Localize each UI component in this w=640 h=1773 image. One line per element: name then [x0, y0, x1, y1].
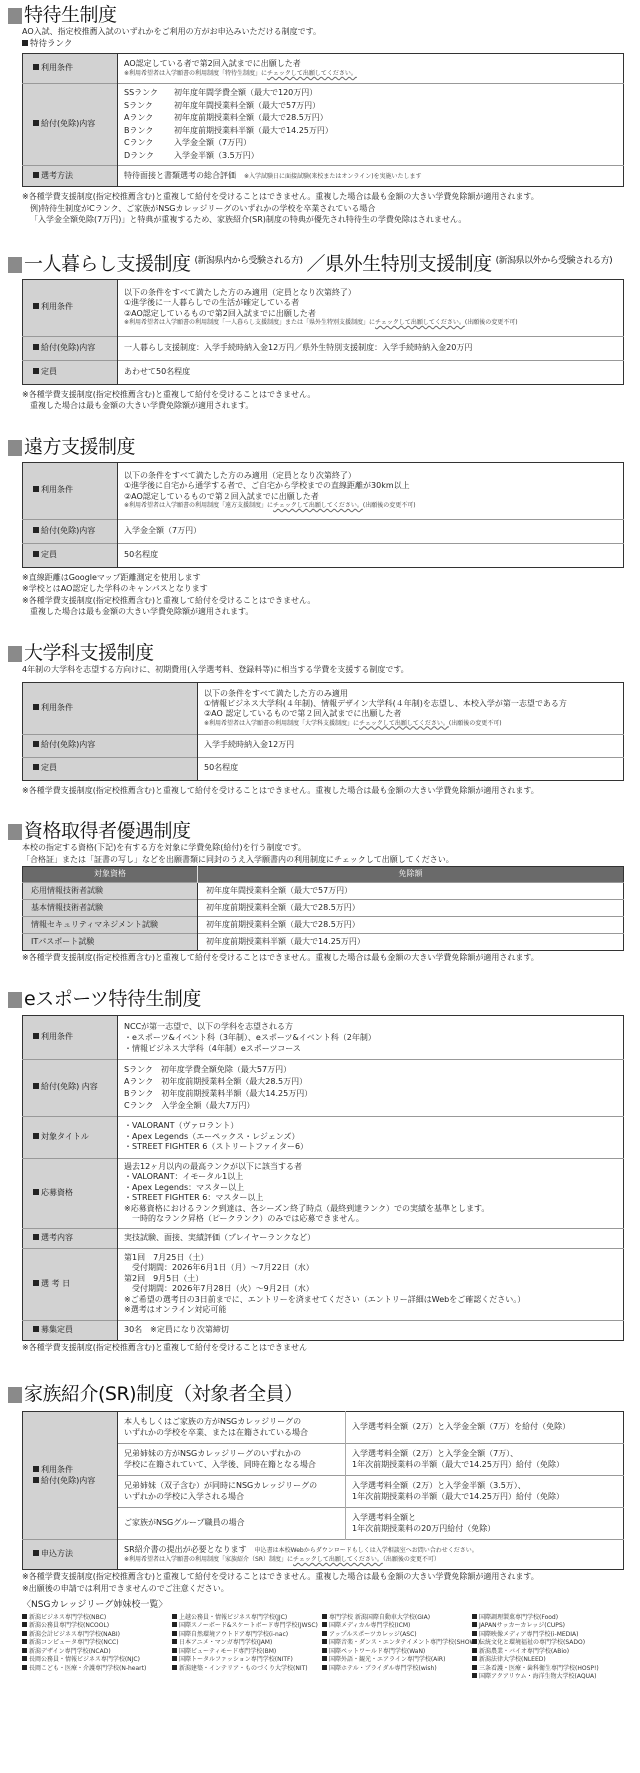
black-square-icon	[33, 1083, 39, 1089]
tokutai-lead: AO入試、指定校推薦入試のいずれかをご利用の方がお申込みいただける制度です。	[8, 26, 632, 38]
black-square-icon	[33, 120, 39, 126]
black-square-icon	[33, 1466, 39, 1472]
hitorigurashi-notes: ※各種学費支援制度(指定校推薦含む)と重複して給付を受けることはできません。 重…	[8, 389, 632, 412]
enpou-notes: ※直線距離はGoogleマップ距離測定を使用します ※学校とはAO認定した学科の…	[8, 572, 632, 618]
tokutai-sublabel: 特待ランク	[8, 38, 632, 50]
sister-column: 新潟ビジネス専門学校(NBC) 新潟公務員専門学校(NCOOL) 新潟会計ビジネ…	[22, 1614, 172, 1682]
rank-row: Aランク初年度前期授業料全額（最大で28.5万円）	[124, 112, 617, 125]
section-title-esports: eスポーツ特待生制度	[8, 988, 632, 1010]
table-row: ITパスポート試験初年度前期授業料半額（最大で14.25万円）	[23, 934, 624, 951]
gray-square-icon	[8, 257, 22, 273]
value-benefit: SSランク初年度年間学費全額（最大で120万円） Sランク初年度年間授業料全額（…	[118, 84, 624, 166]
black-square-icon	[33, 1234, 39, 1240]
label-benefit: 給付(免除)内容	[23, 84, 118, 166]
rank-row: Dランク入学金半額（3.5万円）	[124, 150, 617, 163]
qualification-table: 対象資格 免除額 応用情報技術者試験初年度年間授業料全額（最大で57万円） 基本…	[22, 866, 624, 951]
black-square-icon	[33, 344, 39, 350]
black-square-icon	[33, 1326, 39, 1332]
sr-table: 利用条件 給付(免除)内容 本人もしくはご家族の方がNSGカレッジリーグのいずれ…	[22, 1411, 624, 1570]
black-square-icon	[33, 1477, 39, 1483]
section-title-hitorigurashi: 一人暮らし支援制度 (新潟県内から受験される方) ／ 県外生特別支援制度 (新潟…	[8, 250, 632, 275]
scholarship-page: 特待生制度 AO入試、指定校推薦入試のいずれかをご利用の方がお申込みいただける制…	[0, 0, 640, 1682]
black-square-icon	[33, 704, 39, 710]
tokutai-notes: ※各種学費支援制度(指定校推薦含む)と重複して給付を受けることはできません。重複…	[8, 191, 632, 226]
daigaku-notes: ※各種学費支援制度(指定校推薦含む)と重複して給付を受けることはできません。重複…	[8, 785, 632, 797]
black-square-icon	[33, 172, 39, 178]
header-amount: 免除額	[198, 867, 624, 883]
black-square-icon	[33, 527, 39, 533]
daigaku-table: 利用条件 以下の条件をすべて満たした方のみ適用 ①情報ビジネス大学科(４年制)、…	[22, 682, 624, 781]
section-title-shikaku: 資格取得者優遇制度	[8, 820, 632, 842]
hitorigurashi-table: 利用条件 以下の条件をすべて満たした方のみ適用（定員となり次第終了） ①進学後に…	[22, 279, 624, 385]
rank-row: SSランク初年度年間学費全額（最大で120万円）	[124, 87, 617, 100]
black-square-icon	[33, 1280, 39, 1286]
gray-square-icon	[8, 440, 22, 456]
black-square-icon	[33, 741, 39, 747]
sister-column: 上越公務員・情報ビジネス専門学校(JJC) 国際スノーボード&スケートボード専門…	[172, 1614, 322, 1682]
tokutai-table: 利用条件 AO認定している者で第2回入試までに出願した者 ※利用希望者は入学願書…	[22, 53, 624, 187]
sr-notes: ※各種学費支援制度(指定校推薦含む)と重複して給付を受けることはできません。重複…	[8, 1571, 632, 1594]
label-cond: 利用条件	[23, 54, 118, 84]
section-title-daigaku: 大学科支援制度	[8, 642, 632, 664]
black-square-icon	[33, 486, 39, 492]
esports-table: 利用条件 NCCが第一志望で、以下の学科を志望される方 ・eスポーツ&イベント科…	[22, 1015, 624, 1341]
table-row: 情報セキュリティマネジメント試験初年度前期授業料全額（最大で28.5万円）	[23, 917, 624, 934]
black-square-icon	[33, 368, 39, 374]
shikaku-notes: ※各種学費支援制度(指定校推薦含む)と重複して給付を受けることはできません。重複…	[8, 952, 632, 964]
value-cond: AO認定している者で第2回入試までに出願した者 ※利用希望者は入学願書の利用制度…	[118, 54, 624, 84]
black-square-icon	[33, 1133, 39, 1139]
esports-notes: ※各種学費支援制度(指定校推薦含む)と重複して給付を受けることはできません	[8, 1342, 632, 1354]
sister-column: 国際調理製菓専門学校(Food) JAPANサッカーカレッジ(CUPS) 国際映…	[472, 1614, 622, 1682]
sister-schools: 〈NSGカレッジリーグ姉妹校一覧〉 新潟ビジネス専門学校(NBC) 新潟公務員専…	[8, 1600, 632, 1682]
table-row: 基本情報技術者試験初年度前期授業料全額（最大で28.5万円）	[23, 900, 624, 917]
gray-square-icon	[8, 8, 22, 24]
rank-row: Cランク入学金全額（7万円）	[124, 137, 617, 150]
black-square-icon	[33, 1033, 39, 1039]
black-square-icon	[33, 1189, 39, 1195]
section-title-enpou: 遠方支援制度	[8, 436, 632, 458]
label-select: 選考方法	[23, 166, 118, 187]
gray-square-icon	[8, 1387, 22, 1403]
enpou-table: 利用条件 以下の条件をすべて満たした方のみ適用（定員となり次第終了） ①進学後に…	[22, 462, 624, 568]
gray-square-icon	[8, 992, 22, 1008]
black-square-icon	[33, 1550, 39, 1556]
header-qualification: 対象資格	[23, 867, 198, 883]
rank-row: Sランク初年度年間授業料全額（最大で57万円）	[124, 100, 617, 113]
value-select: 特待面接と書類選考の総合評価 ※入学試験日に面接試験(来校またはオンライン)を実…	[118, 166, 624, 187]
table-row: 応用情報技術者試験初年度年間授業料全額（最大で57万円）	[23, 883, 624, 900]
rank-row: Bランク初年度前期授業料半額（最大で14.25万円）	[124, 125, 617, 138]
sister-column: 専門学校 新潟国際自動車大学校(GIA) 国際メディカル専門学校(ICM) アッ…	[322, 1614, 472, 1682]
black-square-icon	[33, 764, 39, 770]
black-square-icon	[33, 303, 39, 309]
black-square-icon	[33, 64, 39, 70]
gray-square-icon	[8, 646, 22, 662]
gray-square-icon	[8, 824, 22, 840]
black-square-icon	[33, 551, 39, 557]
section-title-sr: 家族紹介(SR)制度（対象者全員）	[8, 1383, 632, 1405]
black-square-icon	[22, 40, 28, 46]
section-title-tokutai: 特待生制度	[8, 4, 632, 26]
